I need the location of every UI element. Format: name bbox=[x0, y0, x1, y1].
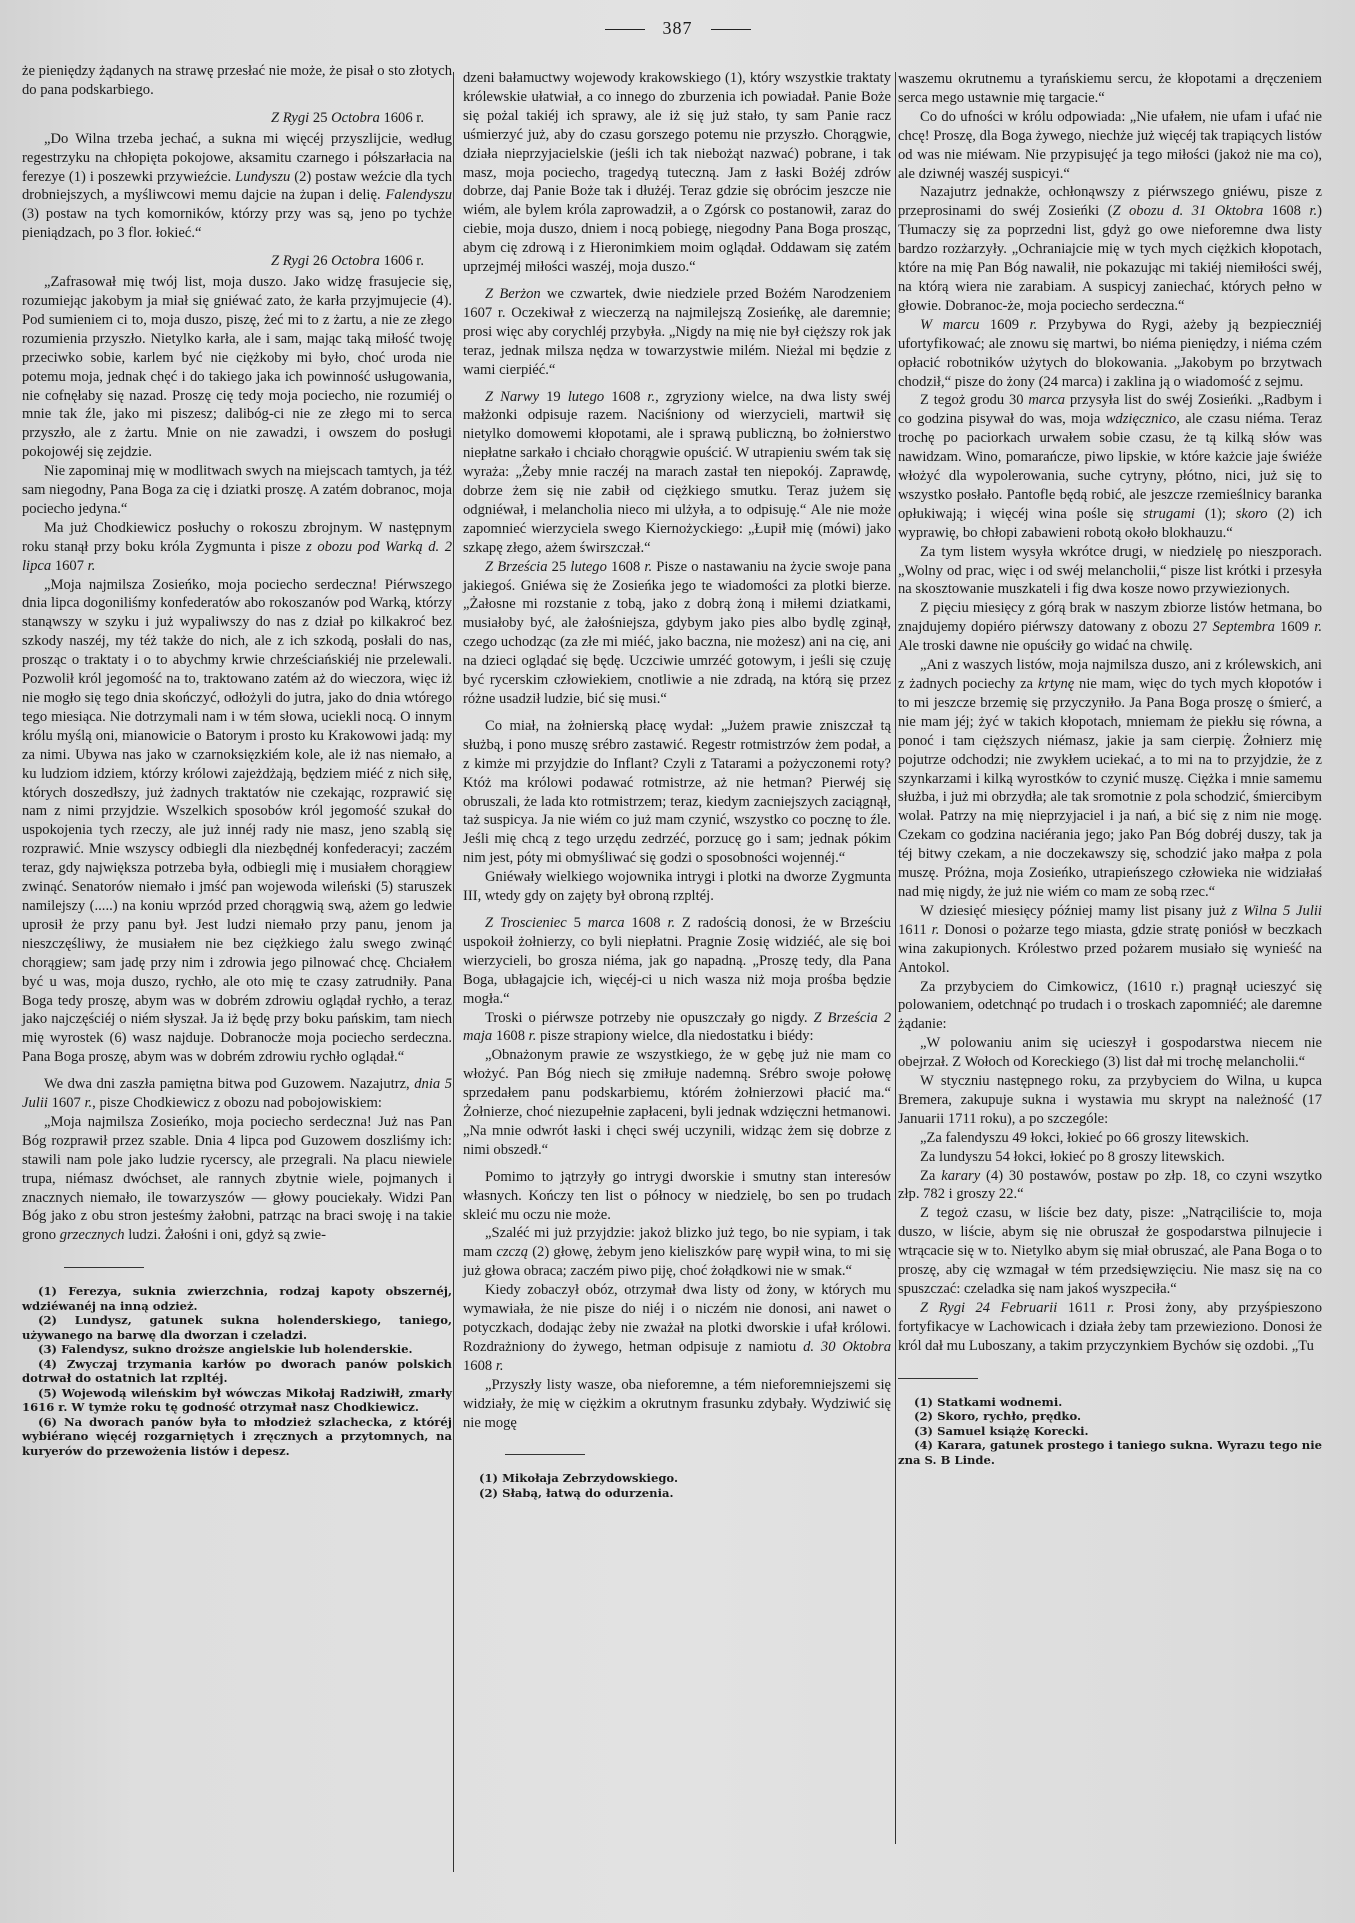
footnote: (2) Lundysz, gatunek sukna holenderskieg… bbox=[22, 1313, 452, 1342]
footnote: (4) Karara, gatunek prostego i taniego s… bbox=[898, 1438, 1322, 1467]
column-left: że pieniędzy żądanych na strawę przesłać… bbox=[22, 62, 452, 1458]
paragraph: Za tym listem wysyła wkrótce drugi, w ni… bbox=[898, 543, 1322, 600]
paragraph: W marcu 1609 r. Przybywa do Rygi, ażeby … bbox=[898, 316, 1322, 392]
footnote: (5) Wojewodą wileńskim był wówczas Mikoł… bbox=[22, 1386, 452, 1415]
page-header: 387 bbox=[0, 18, 1355, 39]
footnotes: (1) Statkami wodnemi. (2) Skoro, rychło,… bbox=[898, 1395, 1322, 1468]
column-rule-right bbox=[895, 72, 896, 1844]
dateline: Z Rygi 26 Octobra 1606 r. bbox=[22, 252, 452, 271]
paragraph: Z Berżon we czwartek, dwie niedziele prz… bbox=[463, 285, 891, 380]
letter-paragraph: „Obnażonym prawie ze wszystkiego, że w g… bbox=[463, 1046, 891, 1159]
column-rule-left bbox=[453, 72, 454, 1872]
letter-paragraph: „Zafrasował mię twój list, moja duszo. J… bbox=[22, 273, 452, 462]
paragraph: Z Rygi 24 Februarii 1611 r. Prosi żony, … bbox=[898, 1299, 1322, 1356]
footnote: (3) Samuel książę Korecki. bbox=[898, 1424, 1322, 1439]
letter-paragraph: „Moja najmilsza Zosieńko, moja pociecho … bbox=[22, 576, 452, 1068]
letter-paragraph: dzeni bałamuctwy wojewody krakowskiego (… bbox=[463, 69, 891, 277]
dateline: Z Rygi 25 Octobra 1606 r. bbox=[22, 109, 452, 128]
paragraph: Nazajutrz jednakże, ochłonąwszy z piérws… bbox=[898, 183, 1322, 315]
paragraph: Z Brześcia 25 lutego 1608 r. Pisze o nas… bbox=[463, 558, 891, 709]
letter-paragraph: „Do Wilna trzeba jechać, a sukna mi więc… bbox=[22, 130, 452, 243]
book-page: 387 że pieniędzy żądanych na strawę prze… bbox=[0, 0, 1355, 1923]
paragraph: We dwa dni zaszła pamiętna bitwa pod Guz… bbox=[22, 1075, 452, 1113]
paragraph: Kiedy zobaczył obóz, otrzymał dwa listy … bbox=[463, 1281, 891, 1376]
header-dash-left bbox=[605, 29, 645, 30]
footnote: (4) Zwyczaj trzymania karłów po dworach … bbox=[22, 1357, 452, 1386]
paragraph: W dziesięć miesięcy później mamy list pi… bbox=[898, 902, 1322, 978]
paragraph: Ma już Chodkiewicz posłuchy o rokoszu zb… bbox=[22, 519, 452, 576]
footnote-separator bbox=[64, 1267, 144, 1268]
paragraph: W styczniu następnego roku, za przybycie… bbox=[898, 1072, 1322, 1129]
letter-paragraph: „W polowaniu anim się ucieszył i gospoda… bbox=[898, 1034, 1322, 1072]
paragraph: Z Troscieniec 5 marca 1608 r. Z radością… bbox=[463, 914, 891, 1009]
paragraph: Pomimo to jątrzyły go intrygi dworskie i… bbox=[463, 1168, 891, 1225]
paragraph: że pieniędzy żądanych na strawę przesłać… bbox=[22, 62, 452, 100]
paragraph: Z Narwy 19 lutego 1608 r., zgryziony wie… bbox=[463, 388, 891, 558]
paragraph: Gniéwały wielkiego wojownika intrygi i p… bbox=[463, 868, 891, 906]
header-dash-right bbox=[711, 29, 751, 30]
paragraph: Z pięciu miesięcy z górą brak w naszym z… bbox=[898, 599, 1322, 656]
footnote: (2) Skoro, rychło, prędko. bbox=[898, 1409, 1322, 1424]
ledger-entry: Za karary (4) 30 postawów, postaw po złp… bbox=[898, 1167, 1322, 1205]
ledger-entry: „Za falendyszu 49 łokci, łokieć po 66 gr… bbox=[898, 1129, 1322, 1148]
paragraph: Z tegoż grodu 30 marca przysyła list do … bbox=[898, 391, 1322, 542]
footnote: (1) Mikołaja Zebrzydowskiego. bbox=[463, 1471, 891, 1486]
paragraph: Co do ufności w królu odpowiada: „Nie uf… bbox=[898, 108, 1322, 184]
column-right: waszemu okrutnemu a tyrańskiemu sercu, ż… bbox=[898, 70, 1322, 1467]
letter-paragraph: „Moja najmilsza Zosieńko, moja pociecho … bbox=[22, 1113, 452, 1245]
column-middle: dzeni bałamuctwy wojewody krakowskiego (… bbox=[463, 69, 891, 1500]
footnote: (1) Statkami wodnemi. bbox=[898, 1395, 1322, 1410]
footnote: (1) Ferezya, suknia zwierzchnia, rodzaj … bbox=[22, 1284, 452, 1313]
footnote: (6) Na dworach panów była to młodzież sz… bbox=[22, 1415, 452, 1459]
letter-paragraph: „Przyszły listy wasze, oba nieforemne, a… bbox=[463, 1376, 891, 1433]
paragraph: Z tegoż czasu, w liście bez daty, pisze:… bbox=[898, 1204, 1322, 1299]
footnote-separator bbox=[505, 1454, 585, 1455]
ledger-entry: Za lundyszu 54 łokci, łokieć po 8 groszy… bbox=[898, 1148, 1322, 1167]
footnote: (3) Falendysz, sukno droższe angielskie … bbox=[22, 1342, 452, 1357]
letter-paragraph: waszemu okrutnemu a tyrańskiemu sercu, ż… bbox=[898, 70, 1322, 108]
footnote: (2) Słabą, łatwą do odurzenia. bbox=[463, 1486, 891, 1501]
footnote-separator bbox=[898, 1378, 978, 1379]
page-number: 387 bbox=[663, 18, 693, 38]
footnotes: (1) Mikołaja Zebrzydowskiego. (2) Słabą,… bbox=[463, 1471, 891, 1500]
paragraph: Co miał, na żołnierską płacę wydał: „Już… bbox=[463, 717, 891, 868]
footnotes: (1) Ferezya, suknia zwierzchnia, rodzaj … bbox=[22, 1284, 452, 1458]
letter-paragraph: „Szaléć mi już przyjdzie: jakoż blizko j… bbox=[463, 1224, 891, 1281]
paragraph: Troski o piérwsze potrzeby nie opuszczał… bbox=[463, 1009, 891, 1047]
letter-paragraph: „Ani z waszych listów, moja najmilsza du… bbox=[898, 656, 1322, 902]
paragraph: Za przybyciem do Cimkowicz, (1610 r.) pr… bbox=[898, 978, 1322, 1035]
letter-paragraph: Nie zapominaj mię w modlitwach swych na … bbox=[22, 462, 452, 519]
